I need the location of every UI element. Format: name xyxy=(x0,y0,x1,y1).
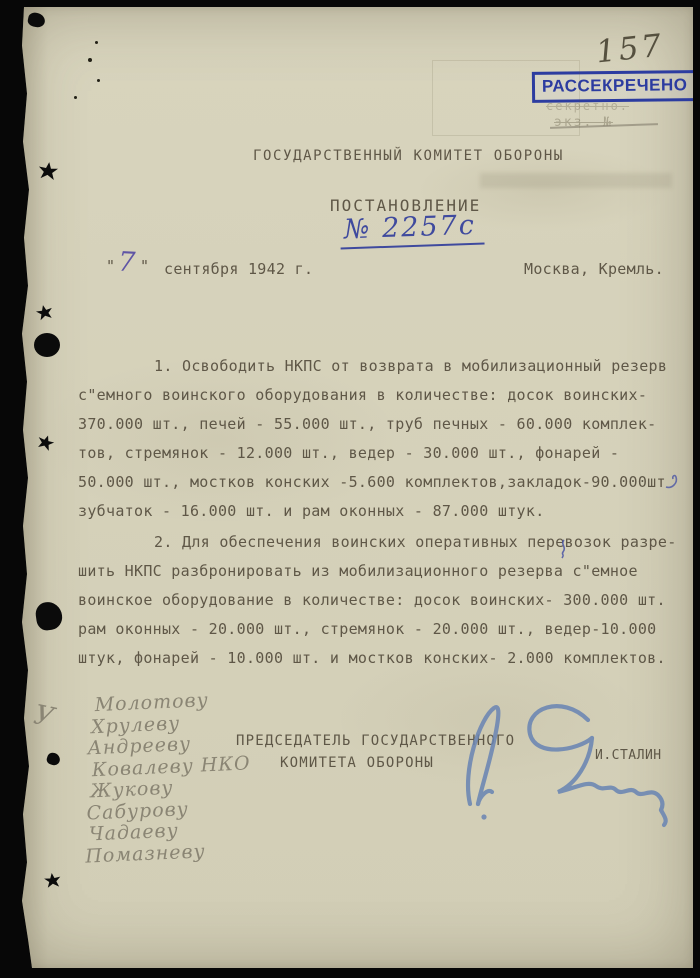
punch-hole xyxy=(43,872,61,889)
bleedthrough-smudge xyxy=(480,173,672,188)
punch-hole xyxy=(45,751,61,766)
body-line: рам оконных - 20.000 шт., стремянок - 20… xyxy=(78,615,657,644)
faint-erased-box xyxy=(432,60,580,136)
date-day-handwritten: 7 xyxy=(117,247,136,279)
paper-sheet: 157 РАССЕКРЕЧЕНО секретно. экз. № ГОСУДА… xyxy=(14,7,693,968)
body-line: 50.000 шт., мостков конских -5.600 компл… xyxy=(78,468,666,497)
date-quote-open: " xyxy=(106,257,115,275)
date-quote-close: " xyxy=(140,257,149,275)
distribution-list: Молотову Хрулеву Андрееву Ковалеву НКО Ж… xyxy=(81,691,253,866)
body-line: зубчаток - 16.000 шт. и рам оконных - 87… xyxy=(78,497,545,526)
paper-speck xyxy=(88,58,92,62)
document-number-handwritten: № 2257с xyxy=(339,209,484,249)
punch-hole xyxy=(34,600,64,631)
ink-tick-mark xyxy=(664,473,682,491)
place-text: Москва, Кремль. xyxy=(524,255,664,284)
organization-title: ГОСУДАРСТВЕННЫЙ КОМИТЕТ ОБОРОНЫ xyxy=(253,148,564,164)
paper-speck xyxy=(95,41,98,44)
body-line: штук, фонарей - 10.000 шт. и мостков кон… xyxy=(78,644,666,673)
body-line: с"емного воинского оборудования в количе… xyxy=(78,381,647,410)
distribution-checkmark: У xyxy=(31,699,57,733)
body-line: тов, стремянок - 12.000 шт., ведер - 30.… xyxy=(78,439,619,468)
punch-hole xyxy=(35,303,55,321)
scanned-document-page: 157 РАССЕКРЕЧЕНО секретно. экз. № ГОСУДА… xyxy=(0,0,700,978)
ink-comma-mark xyxy=(557,539,571,559)
punch-hole xyxy=(34,333,60,357)
date-text: сентября 1942 г. xyxy=(164,255,313,284)
body-line: воинское оборудование в количестве: досо… xyxy=(78,586,666,615)
body-line: 370.000 шт., печей - 55.000 шт., труб пе… xyxy=(78,410,657,439)
punch-hole xyxy=(35,433,56,453)
paper-tear-mark xyxy=(27,11,47,28)
body-line: 1. Освободить НКПС от возврата в мобилиз… xyxy=(78,352,667,381)
punch-hole xyxy=(37,161,59,182)
signature-title-line2: КОМИТЕТА ОБОРОНЫ xyxy=(280,755,434,771)
paper-speck xyxy=(74,96,77,99)
page-number: 157 xyxy=(594,28,666,71)
body-line: шить НКПС разбронировать из мобилизацион… xyxy=(78,557,638,586)
body-line: 2. Для обеспечения воинских оперативных … xyxy=(78,528,677,557)
stalin-signature-autograph xyxy=(440,700,670,830)
paper-speck xyxy=(97,79,100,82)
